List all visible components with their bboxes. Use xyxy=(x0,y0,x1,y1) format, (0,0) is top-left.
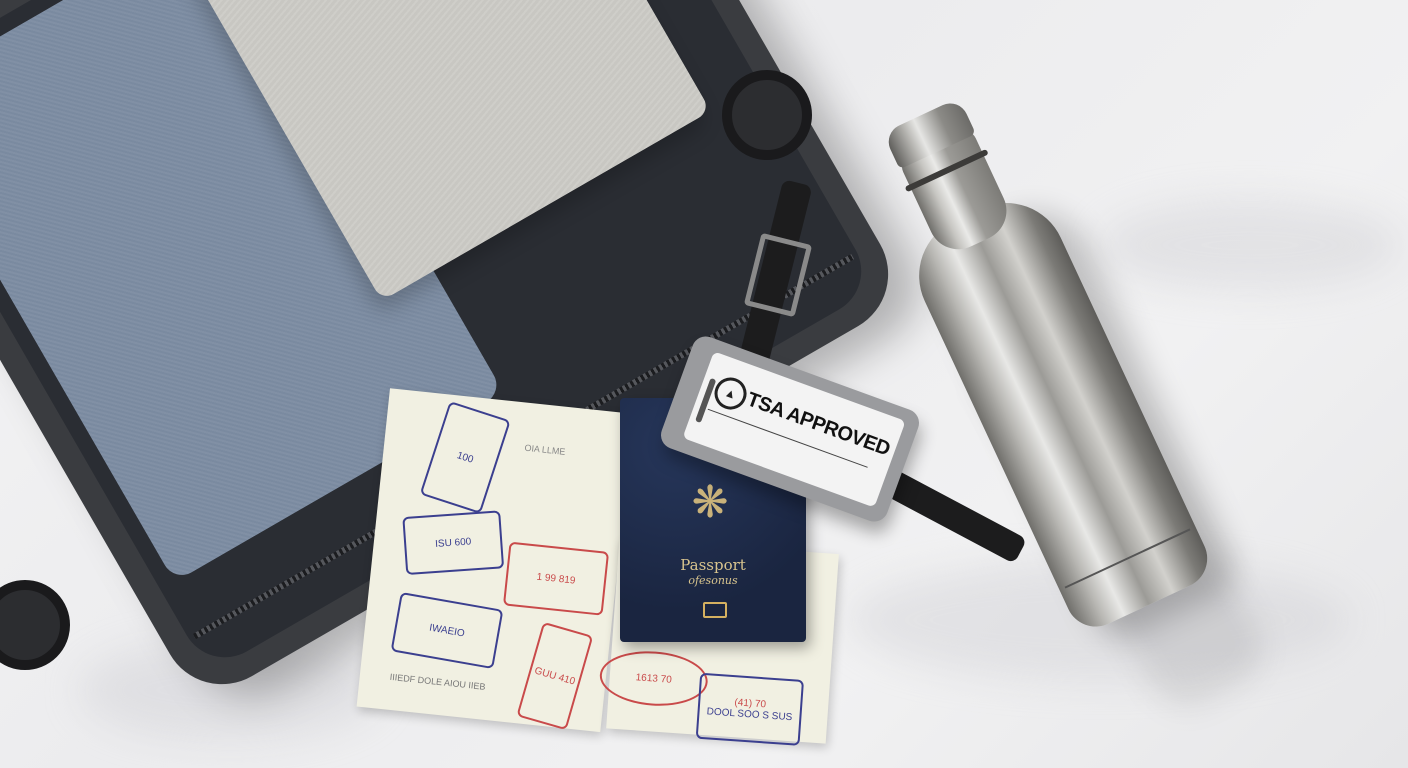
booklet-page-left: 100 ISU 600 1 99 819 IWAEIO GUU 410 IIIE… xyxy=(357,388,634,732)
stamp-text: 1613 70 xyxy=(635,672,672,685)
stamp-text: DOOL SOO S SUS xyxy=(706,706,792,723)
booklet-top-text: OIA LLME xyxy=(524,443,566,457)
booklet-footer-text: IIIEDF DOLE AIOU IIEB xyxy=(389,672,486,692)
visa-stamp: ISU 600 xyxy=(402,510,504,575)
stamp-text: IWAEIO xyxy=(428,622,465,639)
passport-title: Passport xyxy=(620,556,806,574)
photo-scene: 100 ISU 600 1 99 819 IWAEIO GUU 410 IIIE… xyxy=(0,0,1408,768)
visa-stamp: IWAEIO xyxy=(391,592,504,669)
eagle-seal-icon: ❋ xyxy=(670,468,750,538)
passport-subtitle: ofesonus xyxy=(620,574,806,587)
stamp-text: ISU 600 xyxy=(435,536,472,549)
sheet-wrinkle xyxy=(1100,200,1400,290)
tag-slot xyxy=(695,378,716,423)
visa-stamp: 100 xyxy=(420,401,511,514)
stamp-text: GUU 410 xyxy=(533,665,576,687)
stamp-text: 100 xyxy=(456,450,475,466)
steel-water-bottle xyxy=(853,84,1217,637)
tag-label: TSA APPROVED xyxy=(744,388,893,461)
visa-stamp: 1 99 819 xyxy=(503,542,609,616)
visa-stamp: 1613 70 xyxy=(598,648,710,709)
stamp-text: 1 99 819 xyxy=(536,571,576,586)
visa-stamp: (41) 70 DOOL SOO S SUS xyxy=(696,673,804,746)
e-passport-chip-icon xyxy=(703,602,727,618)
suitcase-wheel xyxy=(722,70,812,160)
visa-stamp: GUU 410 xyxy=(516,622,593,731)
suitcase-wheel xyxy=(0,580,70,670)
